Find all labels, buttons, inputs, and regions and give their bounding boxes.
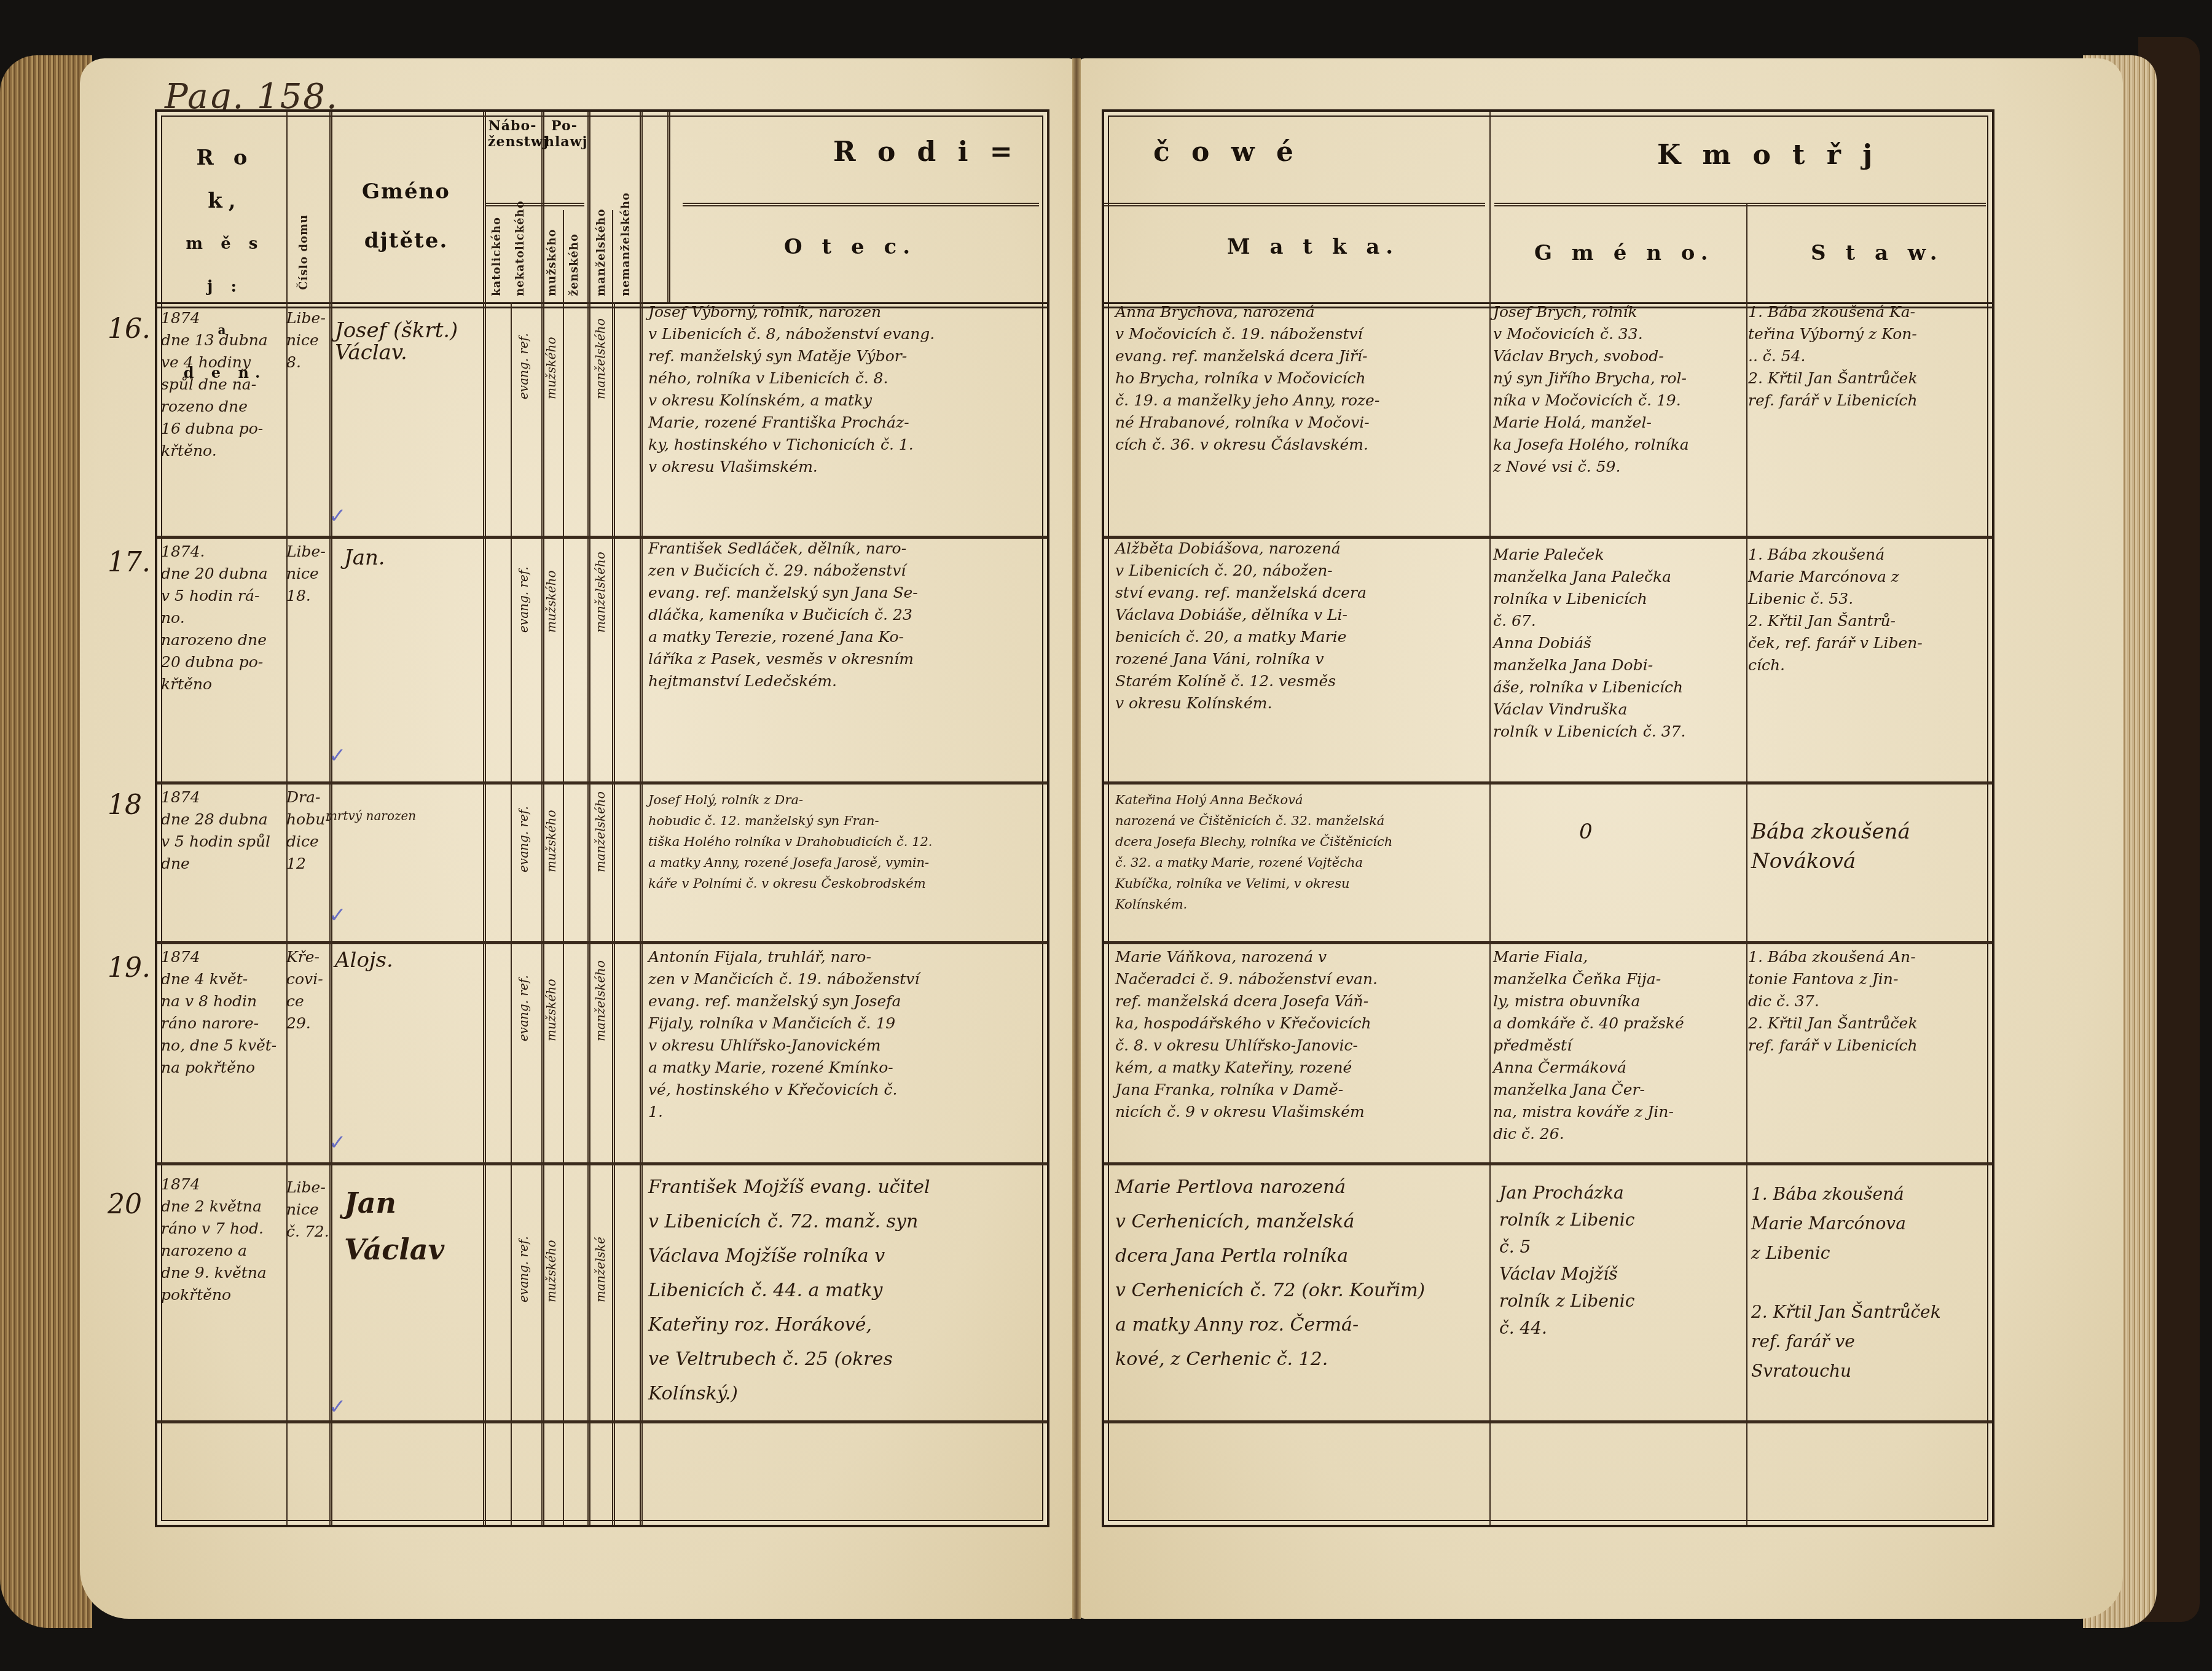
entry-number: 20: [108, 1189, 142, 1220]
entry-godparent-status: 1. Bába zkoušená Ka- teřina Výborný z Ko…: [1748, 301, 1988, 412]
entry-godparent-status: 1. Bába zkoušená An- tonie Fantova z Jin…: [1748, 946, 1988, 1057]
entry-godparents: Josef Brych, rolník v Močovicích č. 33. …: [1493, 301, 1745, 478]
entry-number: 16.: [108, 313, 151, 345]
entry-religion: evang. ref.: [516, 541, 531, 633]
entry-sex: mužského: [544, 949, 559, 1041]
open-book: Pag. 158. R o k, m ě s j : a d e n. Čísl…: [0, 0, 2212, 1671]
entry-religion: evang. ref.: [516, 307, 531, 399]
entry-godparents: Jan Procházka rolník z Libenic č. 5 Václ…: [1499, 1180, 1745, 1342]
entry-sex: mužského: [544, 792, 559, 872]
entry-number: 19.: [108, 952, 151, 984]
entry-godparent-status: Bába zkoušená Nováková: [1751, 817, 1985, 876]
entry-godparents: Marie Paleček manželka Jana Palečka roln…: [1493, 544, 1745, 743]
check-mark-icon: ✓: [329, 1395, 347, 1419]
header-pohlavi: Po-hlawj: [544, 118, 584, 150]
entry-religion: evang. ref.: [516, 1204, 531, 1302]
check-mark-icon: ✓: [329, 903, 347, 928]
entry-father: František Sedláček, dělník, naro- zen v …: [648, 538, 1041, 692]
entry-number: 17.: [108, 547, 151, 578]
entry-legitimacy: manželské: [593, 1204, 608, 1302]
entry-mother: Kateřina Holý Anna Bečková narozená ve Č…: [1115, 789, 1490, 915]
entry-godparent-status: 1. Bába zkoušená Marie Marcónova z Liben…: [1748, 544, 1988, 676]
entry-father: Josef Holý, rolník z Dra- hobudic č. 12.…: [648, 789, 1041, 894]
header-kmotri-jmeno: G m é n o.: [1534, 241, 1714, 265]
header-manzelskeho: manželského: [595, 186, 608, 296]
book-gutter: [1072, 58, 1081, 1619]
table-header-left: R o k, m ě s j : a d e n. Číslo domu Gmé…: [157, 112, 1047, 308]
header-nabozenstvi: Nábo-ženstwj: [488, 118, 537, 150]
entry-religion: evang. ref.: [516, 792, 531, 872]
header-cislo-domu: Číslo domu: [297, 186, 310, 290]
entry-religion: evang. ref.: [516, 949, 531, 1041]
entry-father: Antonín Fijala, truhlář, naro- zen v Man…: [648, 946, 1041, 1123]
header-otec: O t e c.: [784, 235, 916, 259]
entry-mother: Alžběta Dobiášova, narozená v Libenicích…: [1115, 538, 1490, 714]
entry-date: 1874 dne 2 května ráno v 7 hod. narozeno…: [161, 1173, 284, 1306]
entry-house: Dra- hobu- dice 12: [286, 786, 329, 875]
header-nekatolickeho: nekatolického: [514, 213, 527, 296]
header-jmeno-ditete: Gméno djtěte.: [339, 167, 474, 265]
entry-child-name: Jan.: [344, 547, 479, 569]
entry-godparent-status: 1. Bába zkoušená Marie Marcónova z Liben…: [1751, 1180, 1991, 1386]
header-muzskeho: mužského: [546, 213, 559, 296]
header-kmotri-stav: S t a w.: [1811, 241, 1943, 265]
entry-legitimacy: manželského: [593, 792, 608, 872]
entry-sex: mužského: [544, 307, 559, 399]
page-stack-left: [0, 55, 92, 1628]
entry-house: Libe- nice 8.: [286, 307, 329, 374]
entry-father: František Mojžíš evang. učitel v Libenic…: [648, 1170, 1041, 1411]
entry-godparents: Marie Fiala, manželka Čeňka Fija- ly, mi…: [1493, 946, 1745, 1145]
entry-date: 1874 dne 13 dubna ve 4 hodiny spůl dne n…: [161, 307, 284, 462]
entry-mother: Anna Brychova, narozená v Močovicích č. …: [1115, 301, 1490, 456]
header-katolickeho: katolického: [490, 213, 503, 296]
entry-child-name: mrtvý narozen: [326, 805, 473, 827]
entry-godparents: 0: [1579, 817, 1702, 847]
check-mark-icon: ✓: [329, 743, 347, 768]
header-kmotri: K m o t ř j: [1657, 139, 1878, 171]
entry-child-name: Josef (škrt.) Václav.: [335, 319, 476, 364]
entry-mother: Marie Pertlova narozená v Cerhenicích, m…: [1115, 1170, 1490, 1377]
entry-legitimacy: manželského: [593, 949, 608, 1041]
header-rodice-left: R o d i =: [833, 136, 1019, 168]
entry-date: 1874. dne 20 dubna v 5 hodin rá- no. nar…: [161, 541, 284, 695]
entry-sex: mužského: [544, 1204, 559, 1302]
entry-house: Libe- nice 18.: [286, 541, 329, 607]
entry-house: Kře- covi- ce 29.: [286, 946, 329, 1035]
header-nemanzelskeho: nemanželského: [619, 186, 632, 296]
check-mark-icon: ✓: [329, 504, 347, 528]
entry-legitimacy: manželského: [593, 307, 608, 399]
header-rodice-right: č o w é: [1153, 136, 1300, 168]
entry-date: 1874 dne 28 dubna v 5 hodin spůl dne: [161, 786, 284, 875]
header-zenskeho: ženského: [568, 213, 581, 296]
header-matka: M a t k a.: [1227, 235, 1399, 259]
entry-child-name: Jan Václav: [344, 1180, 479, 1273]
entry-sex: mužského: [544, 541, 559, 633]
entry-father: Josef Výborný, rolník, narozen v Libenic…: [648, 301, 1041, 478]
entry-legitimacy: manželského: [593, 541, 608, 633]
entry-house: Libe- nice č. 72.: [286, 1176, 329, 1243]
entry-number: 18: [108, 789, 142, 821]
entry-mother: Marie Váňkova, narozená v Načeradci č. 9…: [1115, 946, 1490, 1123]
entry-date: 1874 dne 4 květ- na v 8 hodin ráno naror…: [161, 946, 284, 1079]
table-header-right: č o w é M a t k a. K m o t ř j G m é n o…: [1104, 112, 1992, 308]
check-mark-icon: ✓: [329, 1130, 347, 1155]
entry-child-name: Alojs.: [335, 949, 470, 971]
